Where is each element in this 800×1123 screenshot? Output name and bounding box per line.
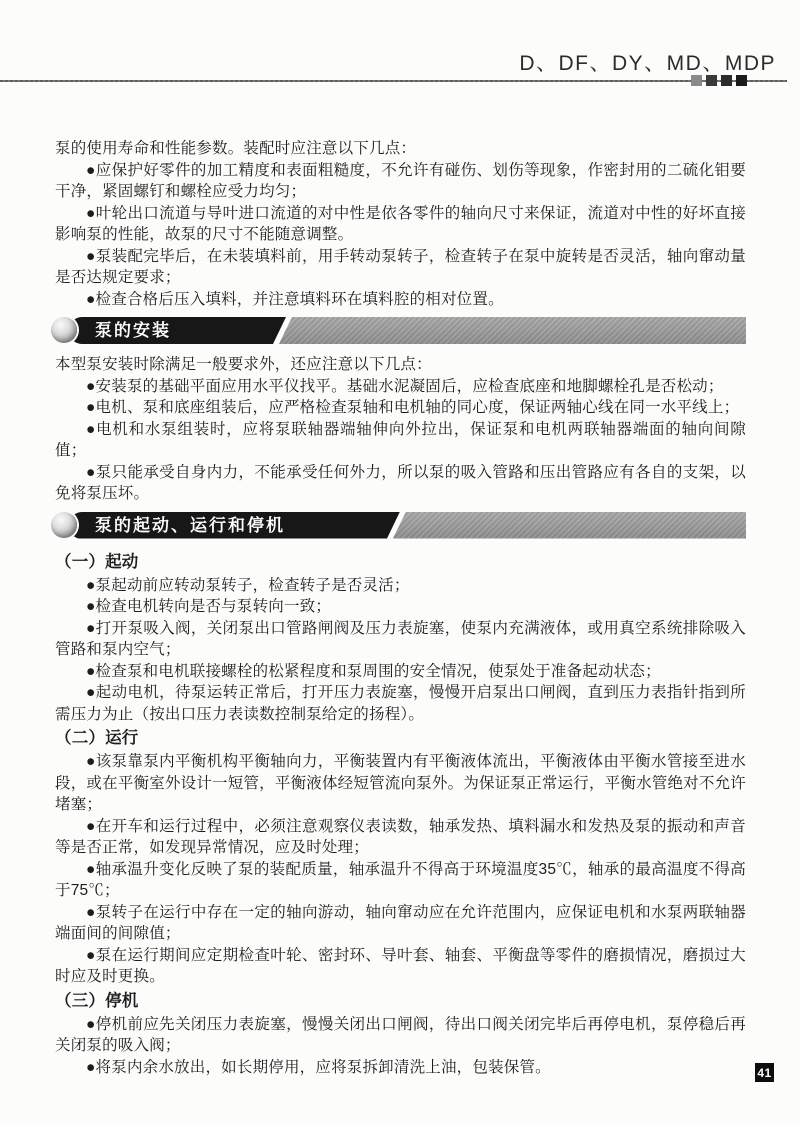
bullet-item: ●泵装配完毕后，在未装填料前，用手转动泵转子，检查转子在泵中旋转是否灵活，轴向窜… (55, 246, 746, 289)
header-rule (0, 80, 787, 82)
bullet-item: ●泵只能承受自身内力，不能承受任何外力，所以泵的吸入管路和压出管路应有各自的支架… (55, 462, 746, 505)
page-number-badge: 41 (755, 1063, 774, 1082)
sphere-icon (51, 512, 77, 538)
bullet-item: ●检查电机转向是否与泵转向一致； (55, 596, 746, 618)
decorative-squares (691, 75, 747, 86)
bullet-item: ●应保护好零件的加工精度和表面粗糙度，不允许有碰伤、划伤等现象，作密封用的二硫化… (55, 160, 746, 203)
bullet-item: ●安装泵的基础平面应用水平仪找平。基础水泥凝固后，应检查底座和地脚螺栓孔是否松动… (55, 376, 746, 398)
page-body: 泵的使用寿命和性能参数。装配时应注意以下几点： ●应保护好零件的加工精度和表面粗… (55, 138, 746, 1078)
bullet-item: ●将泵内余水放出，如长期停用，应将泵拆卸清洗上油，包装保管。 (55, 1057, 746, 1079)
square-icon (736, 75, 747, 86)
bullet-item: ●泵转子在运行中存在一定的轴向游动，轴向窜动应在允许范围内，应保证电机和水泵两联… (55, 902, 746, 945)
page-title: D、DF、DY、MD、MDP (519, 47, 776, 77)
square-icon (691, 75, 702, 86)
subsection-heading-start: （一）起动 (55, 549, 746, 575)
section-banner-operation: 泵的起动、运行和停机 (55, 512, 746, 539)
banner-gray-bar (279, 317, 746, 344)
section-heading: 泵的安装 (69, 317, 286, 344)
bullet-item: ●该泵靠泵内平衡机构平衡轴向力，平衡装置内有平衡液体流出，平衡液体由平衡水管接至… (55, 751, 746, 816)
paragraph: 泵的使用寿命和性能参数。装配时应注意以下几点： (55, 138, 746, 160)
bullet-item: ●检查合格后压入填料，并注意填料环在填料腔的相对位置。 (55, 289, 746, 311)
square-icon (706, 75, 717, 86)
bullet-item: ●泵起动前应转动泵转子，检查转子是否灵活； (55, 575, 746, 597)
bullet-item: ●泵在运行期间应定期检查叶轮、密封环、导叶套、轴套、平衡盘等零件的磨损情况，磨损… (55, 945, 746, 988)
bullet-item: ●轴承温升变化反映了泵的装配质量，轴承温升不得高于环境温度35℃，轴承的最高温度… (55, 859, 746, 902)
bullet-item: ●叶轮出口流道与导叶进口流道的对中性是依各零件的轴向尺寸来保证，流道对中性的好坏… (55, 203, 746, 246)
bullet-item: ●起动电机，待泵运转正常后，打开压力表旋塞，慢慢开启泵出口闸阀，直到压力表指针指… (55, 682, 746, 725)
bullet-item: ●电机、泵和底座组装后，应严格检查泵轴和电机轴的同心度，保证两轴心线在同一水平线… (55, 397, 746, 419)
banner-gray-bar (393, 512, 746, 539)
paragraph: 本型泵安装时除满足一般要求外，还应注意以下几点： (55, 354, 746, 376)
bullet-item: ●停机前应先关闭压力表旋塞，慢慢关闭出口闸阀，待出口阀关闭完毕后再停电机，泵停稳… (55, 1014, 746, 1057)
sphere-icon (51, 317, 77, 343)
section-heading: 泵的起动、运行和停机 (69, 512, 400, 539)
bullet-item: ●电机和水泵组装时，应将泵联轴器端轴伸向外拉出，保证泵和电机两联轴器端面的轴向间… (55, 419, 746, 462)
section-banner-installation: 泵的安装 (55, 317, 746, 344)
square-icon (721, 75, 732, 86)
subsection-heading-shutdown: （三）停机 (55, 988, 746, 1014)
bullet-item: ●在开车和运行过程中，必须注意观察仪表读数，轴承发热、填料漏水和发热及泵的振动和… (55, 816, 746, 859)
subsection-heading-running: （二）运行 (55, 725, 746, 751)
bullet-item: ●检查泵和电机联接螺栓的松紧程度和泵周围的安全情况，使泵处于准备起动状态； (55, 661, 746, 683)
bullet-item: ●打开泵吸入阀，关闭泵出口管路闸阀及压力表旋塞，使泵内充满液体，或用真空系统排除… (55, 618, 746, 661)
